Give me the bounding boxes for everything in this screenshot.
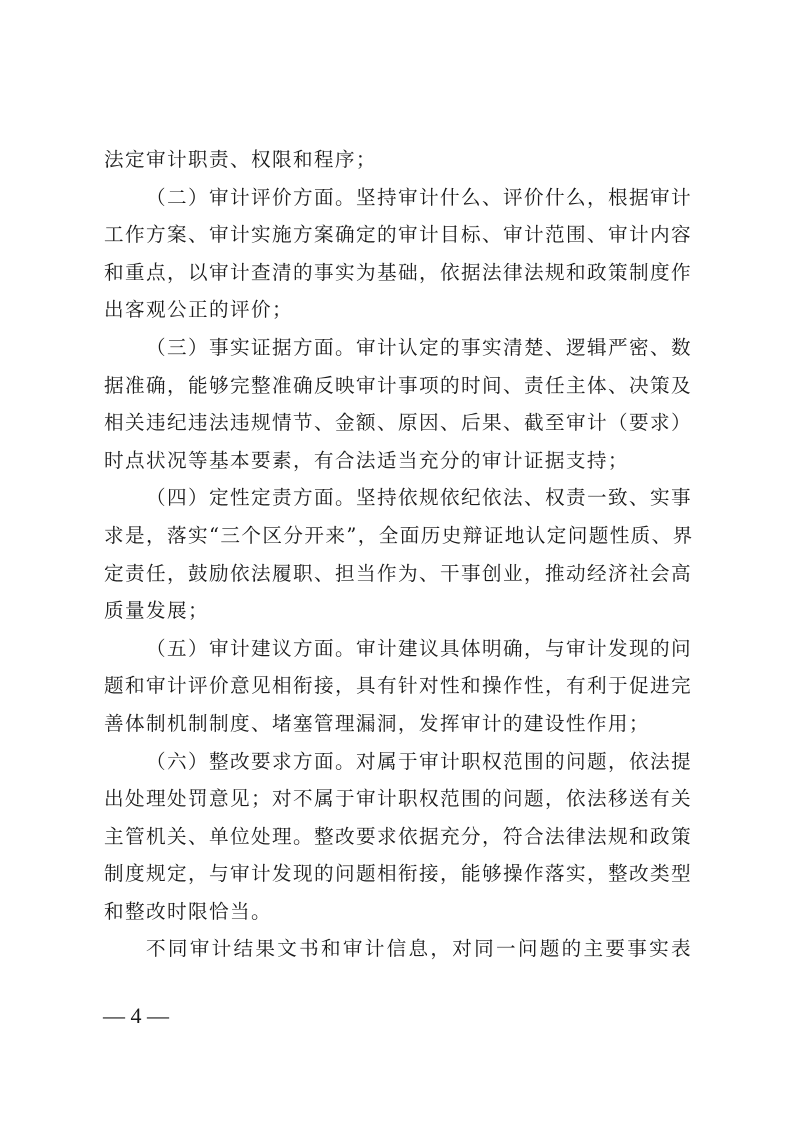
text-line: （六）整改要求方面。对属于审计职权范围的问题，依法提 — [104, 743, 692, 781]
text-line: 不同审计结果文书和审计信息，对同一问题的主要事实表 — [104, 930, 692, 968]
paragraph-consistency: 不同审计结果文书和审计信息，对同一问题的主要事实表 — [104, 930, 692, 968]
text-line: （二）审计评价方面。坚持审计什么、评价什么，根据审计 — [104, 179, 692, 217]
text-line: 出客观公正的评价； — [104, 291, 692, 329]
paragraph-continuation: 法定审计职责、权限和程序； — [104, 141, 692, 179]
paragraph-fact-evidence: （三）事实证据方面。审计认定的事实清楚、逻辑严密、数 据准确，能够完整准确反映审… — [104, 329, 692, 479]
text-line: 定责任，鼓励依法履职、担当作为、干事创业，推动经济社会高 — [104, 555, 692, 593]
text-line: 据准确，能够完整准确反映审计事项的时间、责任主体、决策及 — [104, 367, 692, 405]
text-line: 相关违纪违法违规情节、金额、原因、后果、截至审计（要求） — [104, 404, 692, 442]
text-line: 和重点，以审计查清的事实为基础，依据法律法规和政策制度作 — [104, 254, 692, 292]
paragraph-rectification-requirements: （六）整改要求方面。对属于审计职权范围的问题，依法提 出处理处罚意见；对不属于审… — [104, 743, 692, 931]
text-line: 工作方案、审计实施方案确定的审计目标、审计范围、审计内容 — [104, 216, 692, 254]
paragraph-characterization-responsibility: （四）定性定责方面。坚持依规依纪依法、权责一致、实事 求是，落实“三个区分开来”… — [104, 479, 692, 629]
paragraph-audit-evaluation: （二）审计评价方面。坚持审计什么、评价什么，根据审计 工作方案、审计实施方案确定… — [104, 179, 692, 329]
text-line: 时点状况等基本要素，有合法适当充分的审计证据支持； — [104, 442, 692, 480]
text-line: 质量发展； — [104, 592, 692, 630]
text-line: 主管机关、单位处理。整改要求依据充分，符合法律法规和政策 — [104, 818, 692, 856]
text-line: （三）事实证据方面。审计认定的事实清楚、逻辑严密、数 — [104, 329, 692, 367]
text-line: 求是，落实“三个区分开来”，全面历史辩证地认定问题性质、界 — [104, 517, 692, 555]
page-number: — 4 — — [103, 1003, 169, 1029]
document-page: 法定审计职责、权限和程序； （二）审计评价方面。坚持审计什么、评价什么，根据审计… — [0, 0, 793, 1122]
text-line: 出处理处罚意见；对不属于审计职权范围的问题，依法移送有关 — [104, 780, 692, 818]
paragraph-audit-recommendation: （五）审计建议方面。审计建议具体明确，与审计发现的问 题和审计评价意见相衔接，具… — [104, 630, 692, 743]
text-line: 法定审计职责、权限和程序； — [104, 141, 692, 179]
text-line: （四）定性定责方面。坚持依规依纪依法、权责一致、实事 — [104, 479, 692, 517]
document-body: 法定审计职责、权限和程序； （二）审计评价方面。坚持审计什么、评价什么，根据审计… — [104, 141, 692, 968]
text-line: 善体制机制制度、堵塞管理漏洞，发挥审计的建设性作用； — [104, 705, 692, 743]
text-line: 和整改时限恰当。 — [104, 893, 692, 931]
text-line: 制度规定，与审计发现的问题相衔接，能够操作落实，整改类型 — [104, 855, 692, 893]
text-line: （五）审计建议方面。审计建议具体明确，与审计发现的问 — [104, 630, 692, 668]
text-line: 题和审计评价意见相衔接，具有针对性和操作性，有利于促进完 — [104, 667, 692, 705]
